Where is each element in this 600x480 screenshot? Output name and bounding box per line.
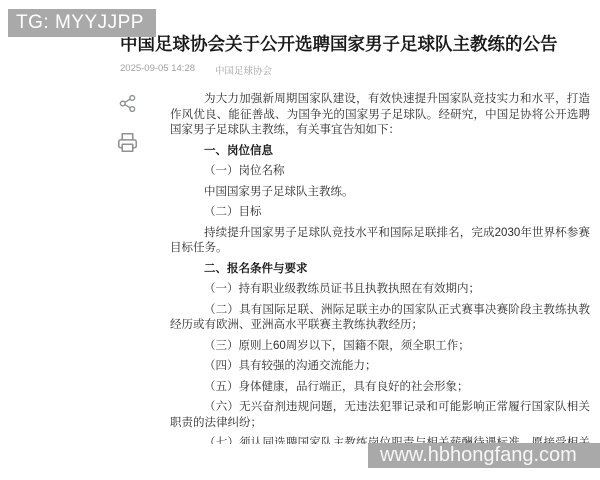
page-title: 中国足球协会关于公开选聘国家男子足球队主教练的公告	[120, 32, 582, 56]
article-paragraph: （二）具有国际足联、洲际足联主办的国家队正式赛事决赛阶段主教练执教经历或有欧洲、…	[170, 303, 590, 334]
article-header: 中国足球协会关于公开选聘国家男子足球队主教练的公告 2025-09-05 14:…	[120, 32, 582, 77]
section-heading: 一、岗位信息	[170, 144, 590, 160]
article-paragraph: （六）无兴奋剂违规问题，无违法犯罪记录和可能影响正常履行国家队相关职责的法律纠纷…	[170, 400, 590, 431]
article-source: 中国足球协会	[215, 63, 272, 77]
article-meta: 2025-09-05 14:28 中国足球协会	[120, 63, 582, 77]
article-paragraph: （一）持有职业级教练员证书且执教执照在有效期内；	[170, 282, 590, 298]
article-toolbar	[116, 92, 138, 153]
share-button[interactable]	[116, 92, 138, 114]
watermark-top-left: TG: MYYJJPP	[8, 9, 156, 37]
publish-date: 2025-09-05 14:28	[120, 63, 195, 77]
article-paragraph: （五）身体健康，品行端正，具有良好的社会形象；	[170, 380, 590, 396]
article-paragraph: （一）岗位名称	[170, 164, 590, 180]
article-paragraph: 持续提升国家男子足球队竞技水平和国际足联排名，完成2030年世界杯参赛目标任务。	[170, 226, 590, 257]
article-paragraph: （三）原则上60周岁以下，国籍不限，须全职工作；	[170, 339, 590, 355]
print-button[interactable]	[116, 131, 138, 153]
article-paragraph: 中国国家男子足球队主教练。	[170, 185, 590, 201]
printer-icon	[117, 132, 138, 153]
article-paragraph: 为大力加强新周期国家队建设，有效快速提升国家队竞技实力和水平，打造作风优良、能征…	[170, 92, 590, 139]
watermark-bottom-right: www.hbhongfang.com	[368, 443, 600, 468]
article-paragraph: （四）具有较强的沟通交流能力；	[170, 359, 590, 375]
article-body: 为大力加强新周期国家队建设，有效快速提升国家队竞技实力和水平，打造作风优良、能征…	[170, 92, 590, 444]
share-icon	[118, 94, 137, 113]
article-paragraph: （二）目标	[170, 205, 590, 221]
section-heading: 二、报名条件与要求	[170, 262, 590, 278]
